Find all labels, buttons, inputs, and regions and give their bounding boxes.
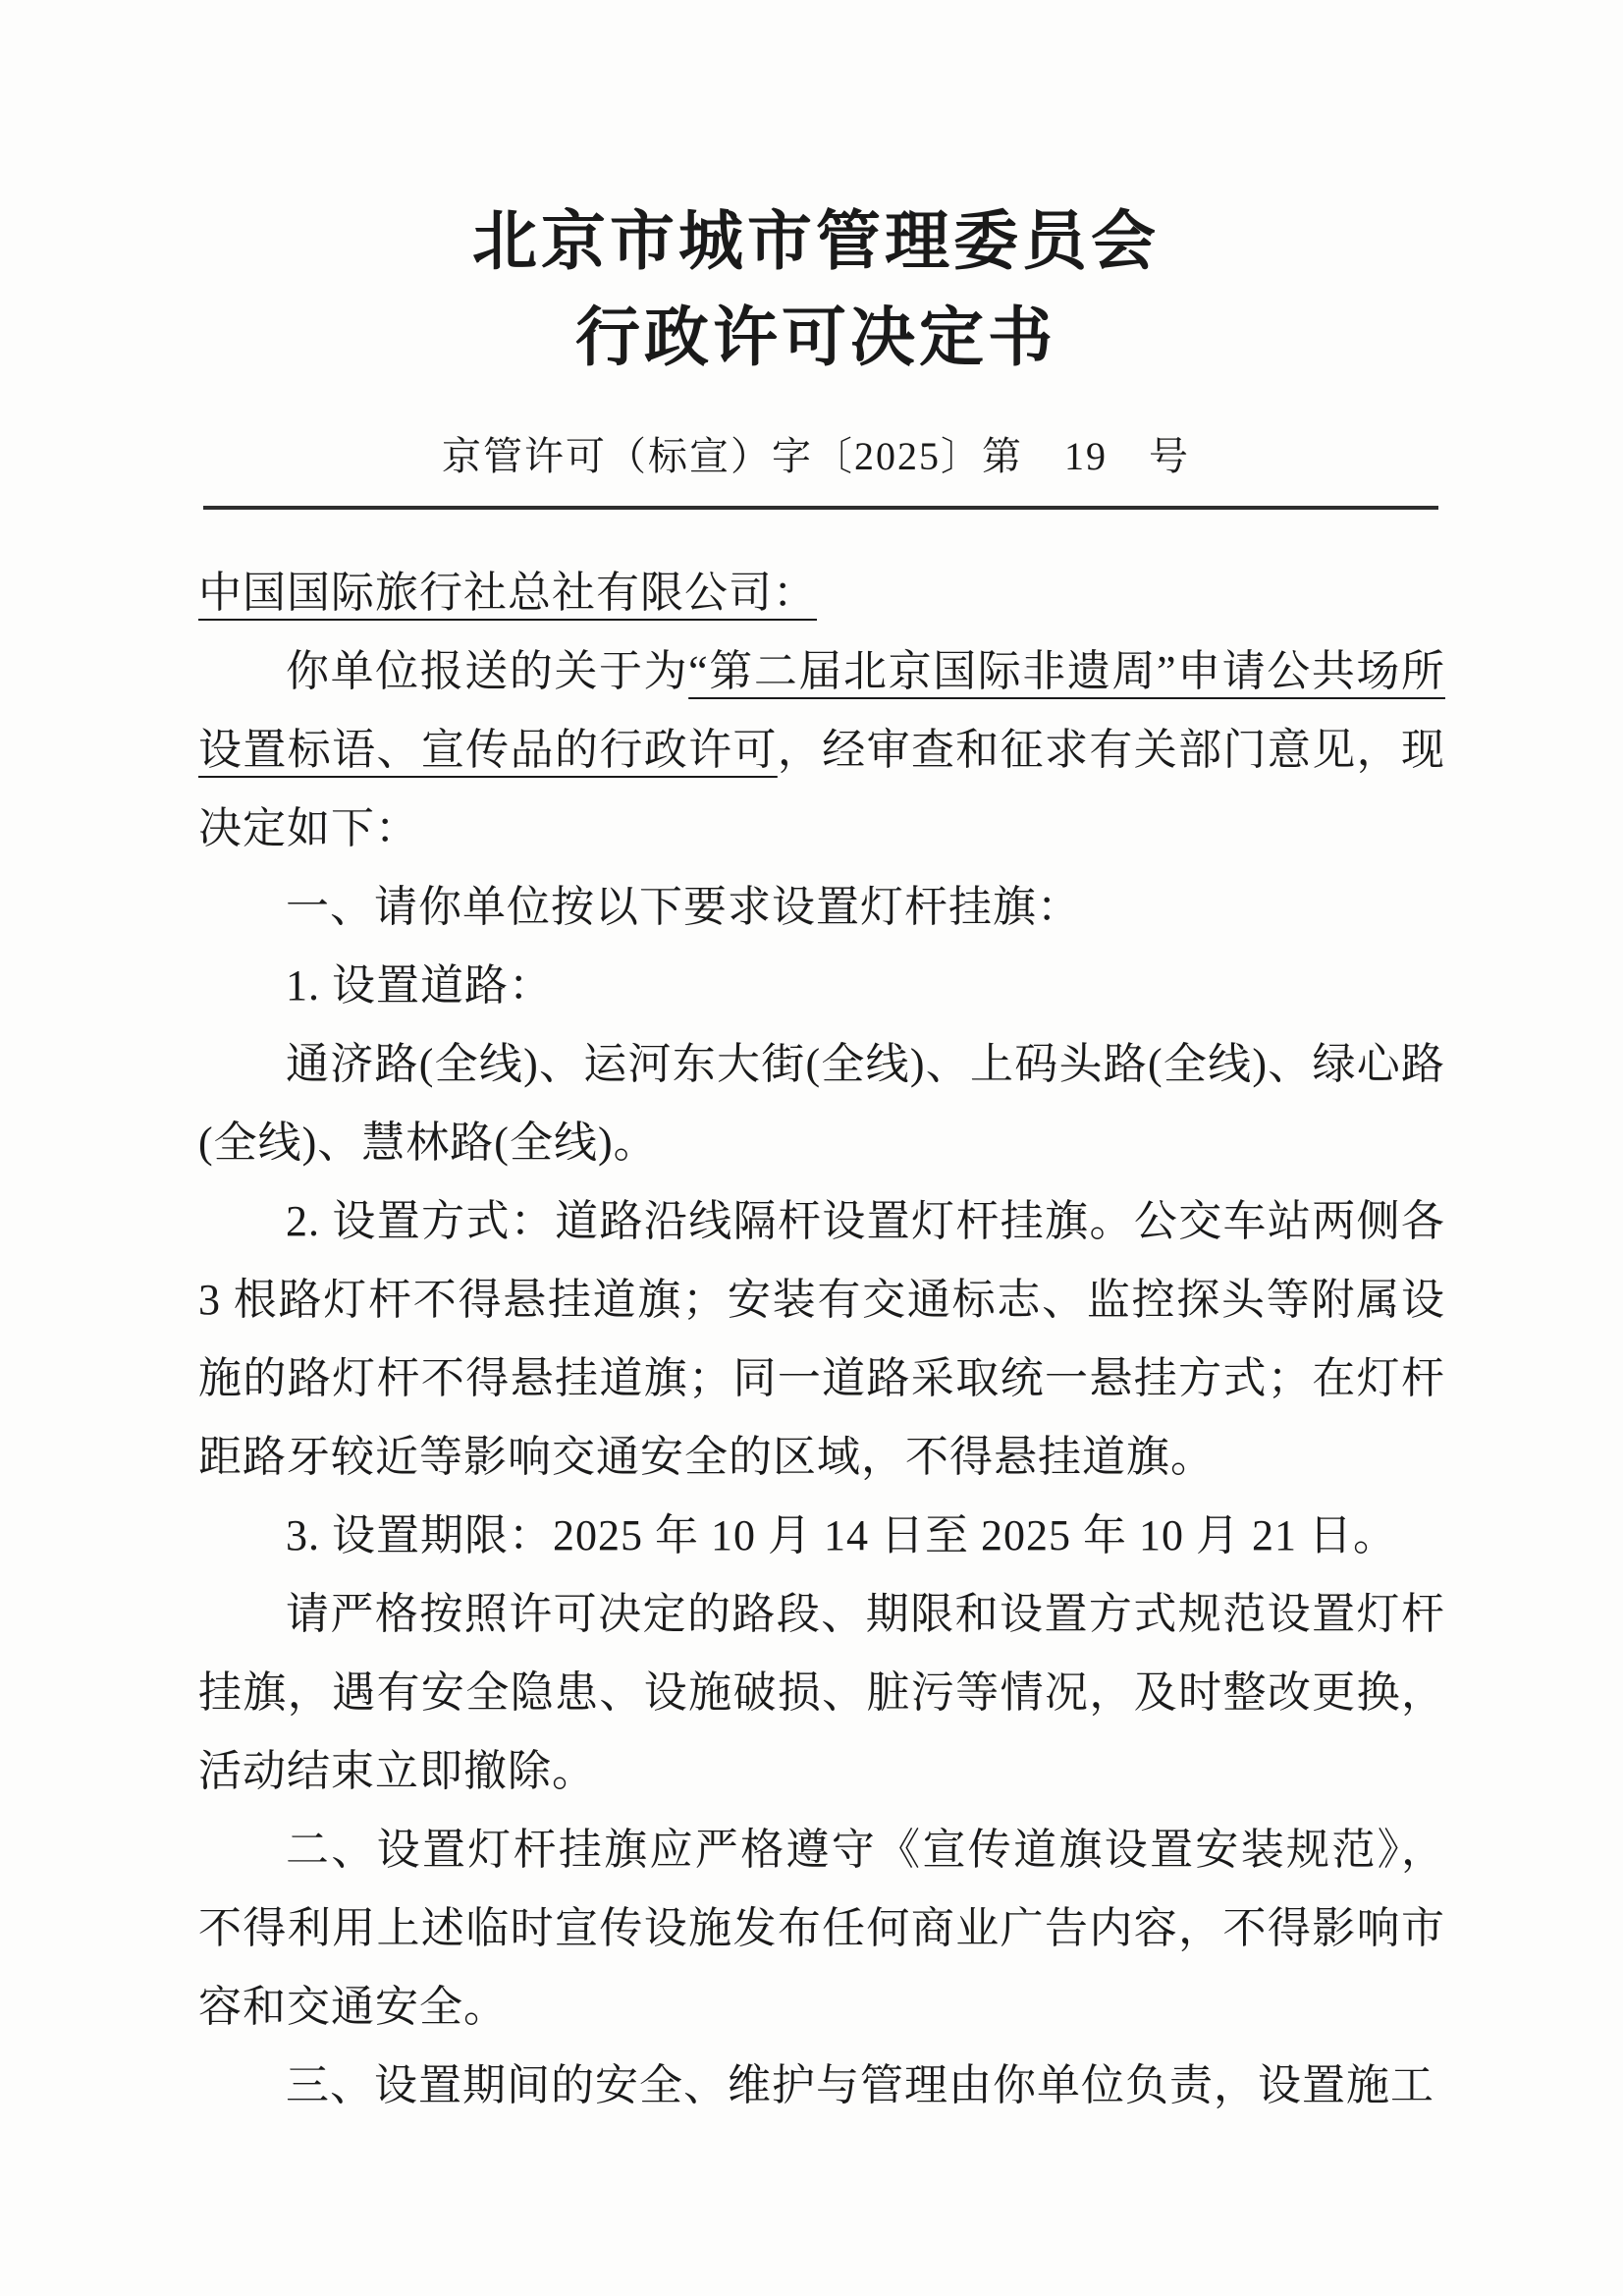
document-page: 北京市城市管理委员会 行政许可决定书 京管许可（标宣）字〔2025〕第 19 号… bbox=[0, 0, 1623, 2296]
paragraph: 一、请你单位按以下要求设置灯杆挂旗： bbox=[198, 868, 1445, 947]
paragraph: 请严格按照许可决定的路段、期限和设置方式规范设置灯杆挂旗，遇有安全隐患、设施破损… bbox=[198, 1575, 1445, 1811]
paragraph: 3. 设置期限：2025 年 10 月 14 日至 2025 年 10 月 21… bbox=[198, 1497, 1445, 1575]
paragraph: 中国国际旅行社总社有限公司： bbox=[198, 554, 1445, 632]
text-segment: 二、设置灯杆挂旗应严格遵守《宣传道旗设置安装规范》，不得利用上述临时宣传设施发布… bbox=[198, 1826, 1445, 2031]
paragraph: 三、设置期间的安全、维护与管理由你单位负责，设置施工 bbox=[198, 2047, 1445, 2125]
text-segment: 通济路(全线)、运河东大街(全线)、上码头路(全线)、绿心路(全线)、慧林路(全… bbox=[198, 1040, 1445, 1167]
document-title-line2: 行政许可决定书 bbox=[192, 302, 1439, 375]
header-divider-rule bbox=[203, 506, 1438, 510]
paragraph: 你单位报送的关于为“第二届北京国际非遗周”申请公共场所设置标语、宣传品的行政许可… bbox=[198, 632, 1445, 868]
document-number: 京管许可（标宣）字〔2025〕第 19 号 bbox=[192, 432, 1439, 481]
document-title-line1: 北京市城市管理委员会 bbox=[192, 206, 1439, 279]
text-segment: 一、请你单位按以下要求设置灯杆挂旗： bbox=[286, 883, 1081, 931]
text-segment: 1. 设置道路： bbox=[286, 961, 553, 1010]
underlined-text-segment: 中国国际旅行社总社有限公司： bbox=[198, 569, 817, 617]
paragraph: 通济路(全线)、运河东大街(全线)、上码头路(全线)、绿心路(全线)、慧林路(全… bbox=[198, 1025, 1445, 1182]
text-segment: 2. 设置方式：道路沿线隔杆设置灯杆挂旗。公交车站两侧各 3 根路灯杆不得悬挂道… bbox=[198, 1197, 1445, 1481]
text-segment: 你单位报送的关于为 bbox=[286, 647, 688, 695]
paragraph: 2. 设置方式：道路沿线隔杆设置灯杆挂旗。公交车站两侧各 3 根路灯杆不得悬挂道… bbox=[198, 1182, 1445, 1497]
paragraph: 1. 设置道路： bbox=[198, 947, 1445, 1025]
text-segment: 3. 设置期限：2025 年 10 月 14 日至 2025 年 10 月 21… bbox=[286, 1511, 1397, 1559]
text-segment: 请严格按照许可决定的路段、期限和设置方式规范设置灯杆挂旗，遇有安全隐患、设施破损… bbox=[198, 1590, 1445, 1795]
text-segment: 三、设置期间的安全、维护与管理由你单位负责，设置施工 bbox=[286, 2061, 1434, 2109]
paragraph: 二、设置灯杆挂旗应严格遵守《宣传道旗设置安装规范》，不得利用上述临时宣传设施发布… bbox=[198, 1811, 1445, 2047]
document-body: 中国国际旅行社总社有限公司：你单位报送的关于为“第二届北京国际非遗周”申请公共场… bbox=[198, 554, 1445, 2125]
